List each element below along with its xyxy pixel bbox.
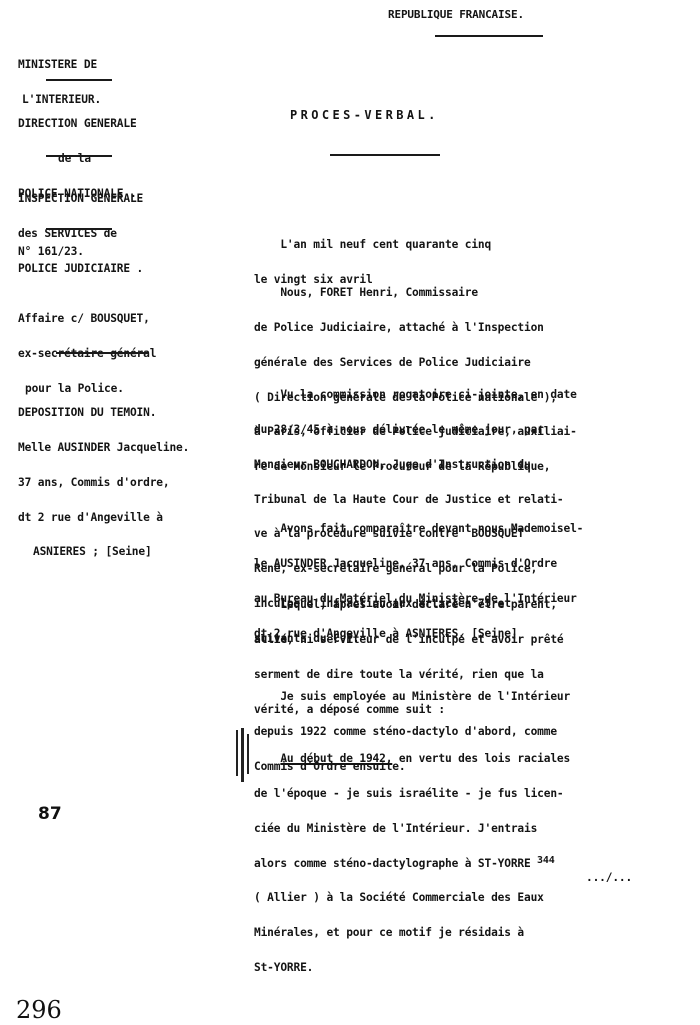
text-line: allié, ni serviteur de l'inculpé et avoi…: [254, 634, 564, 646]
text-line: Je suis employée au Ministère de l'Intér…: [254, 691, 570, 703]
text-line: L'an mil neuf cent quarante cinq: [254, 239, 491, 251]
page-number: 296: [16, 996, 62, 1024]
text-line: Nous, FORET Henri, Commissaire: [254, 287, 577, 299]
margin-mark: [241, 728, 244, 782]
divider: [46, 79, 112, 81]
reference-number: N° 161/23.: [18, 246, 84, 258]
text-line: de l'époque - je suis israélite - je fus…: [254, 788, 570, 800]
text-line: de Police Judiciaire, attaché à l'Inspec…: [254, 322, 577, 334]
text-line: ( Allier ) à la Société Commerciale des …: [254, 892, 570, 904]
margin-mark: [247, 734, 249, 774]
continuation-mark: .../...: [586, 872, 632, 884]
inspection-heading: INSPECTION GENERALE des SERVICES de POLI…: [18, 170, 143, 298]
divider: [46, 155, 112, 157]
handwritten-number: 87: [38, 804, 62, 824]
deposition-line: 37 ans, Commis d'ordre,: [18, 477, 189, 489]
text-line: ciée du Ministère de l'Intérieur. J'entr…: [254, 823, 570, 835]
text-line: Monsieur BOUCHARDON, Juge d'Instruction …: [254, 459, 577, 471]
ministry-line: MINISTERE DE: [18, 59, 101, 71]
deposition-block: DEPOSITION DU TEMOIN. Melle AUSINDER Jac…: [18, 384, 189, 581]
margin-mark: [236, 730, 238, 776]
republic-rule: [435, 35, 543, 37]
deposition-line: Melle AUSINDER Jacqueline.: [18, 442, 189, 454]
text-line: Avons fait comparaître devant nous Madem…: [254, 523, 583, 535]
inspection-line: POLICE JUDICIAIRE .: [18, 263, 143, 275]
text-line: alors comme sténo-dactylographe à ST-YOR…: [254, 858, 570, 870]
deposition-line: ASNIERES ; [Seine]: [18, 546, 189, 558]
text-line: St-YORRE.: [254, 962, 570, 974]
text-line: Au début de 1942, en vertu des lois raci…: [254, 753, 570, 765]
republic-heading: REPUBLIQUE FRANCAISE.: [388, 9, 524, 21]
text-line: Vu la commission rogatoire ci-jointe, en…: [254, 389, 577, 401]
text-line: Minérales, et pour ce motif je résidais …: [254, 927, 570, 939]
title-rule: [330, 154, 440, 156]
text-line: le AUSINDER Jacqueline, 37 ans, Commis d…: [254, 558, 583, 570]
affair-line: Affaire c/ BOUSQUET,: [18, 313, 156, 325]
paragraph-dismissal: Au début de 1942, en vertu des lois raci…: [254, 730, 570, 997]
deposition-line: dt 2 rue d'Angeville à: [18, 512, 189, 524]
text-line: du 28/3/45 à nous délivrée le même jour,…: [254, 424, 577, 436]
underlined-phrase: Au début de 1942,: [280, 752, 392, 765]
inspection-line: INSPECTION GENERALE: [18, 193, 143, 205]
folio-mark: 344: [537, 855, 555, 867]
text-fragment: en vertu des lois raciales: [392, 752, 570, 765]
direction-line: DIRECTION GENERALE: [18, 118, 137, 130]
document-page: REPUBLIQUE FRANCAISE. MINISTERE DE L'INT…: [0, 0, 700, 1025]
divider: [56, 352, 148, 354]
divider: [46, 228, 112, 230]
document-title: PROCES-VERBAL.: [290, 110, 439, 122]
deposition-line: DEPOSITION DU TEMOIN.: [18, 407, 189, 419]
text-line: Lequel, après avoir déclaré n'être paren…: [254, 599, 564, 611]
